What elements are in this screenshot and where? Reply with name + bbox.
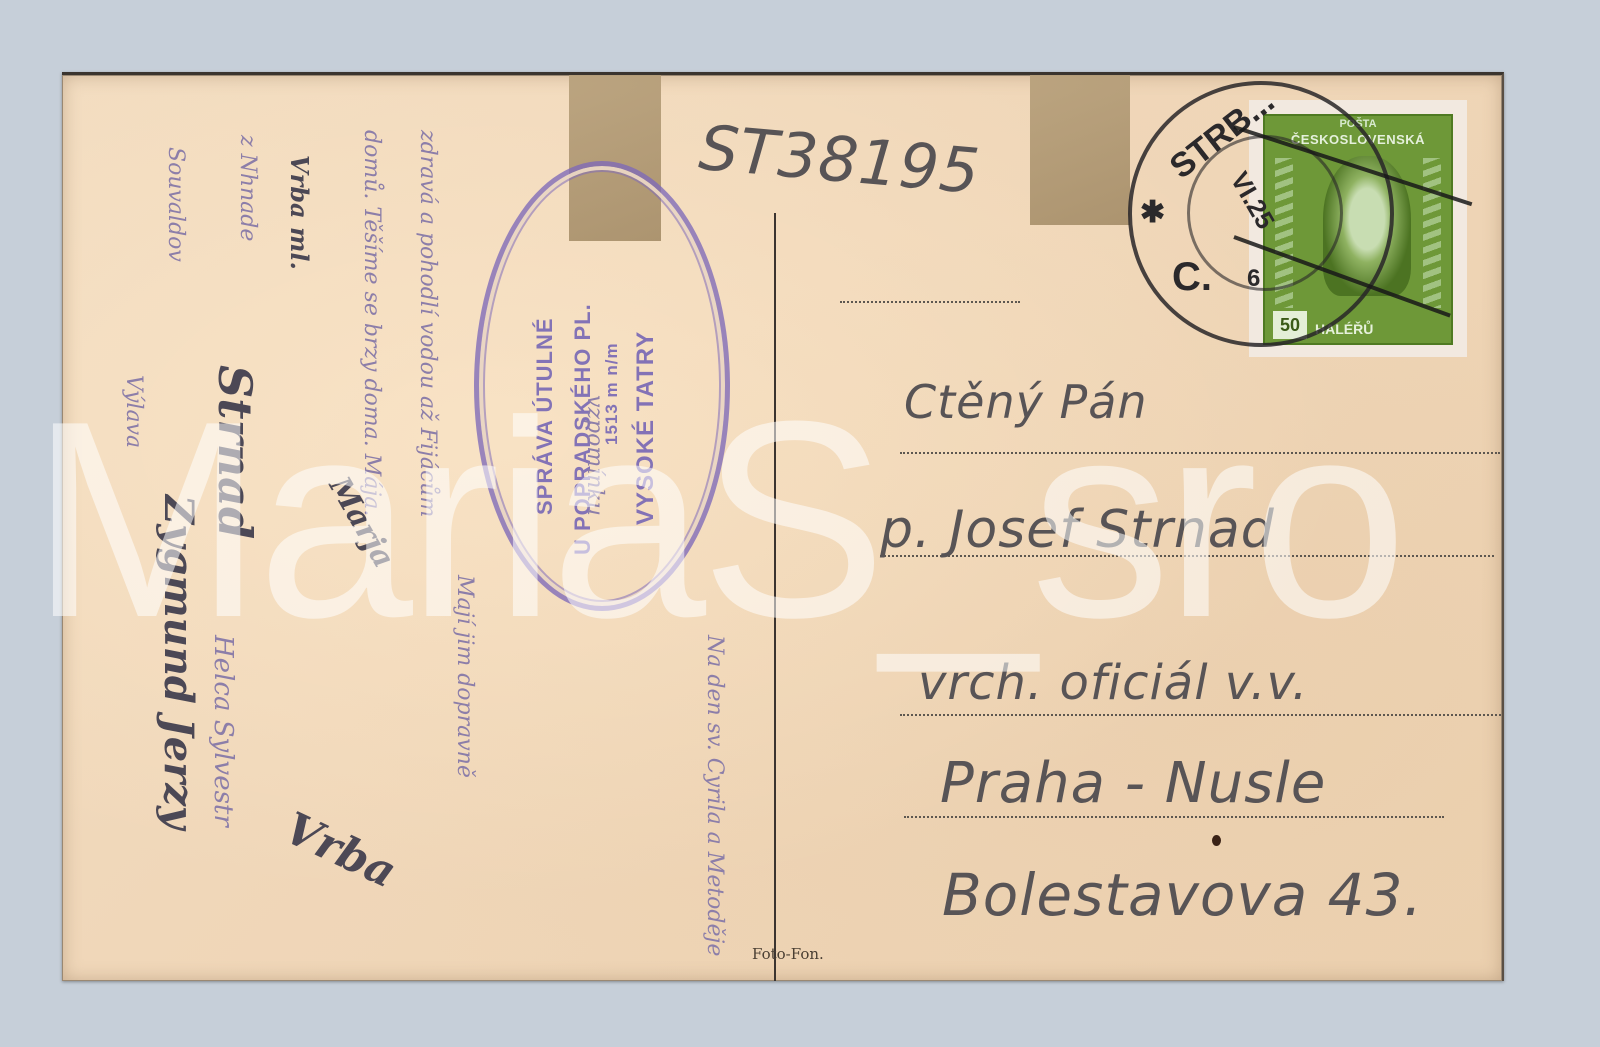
postmark-suffix: C. (1172, 255, 1212, 300)
signature: Strnad (208, 365, 262, 539)
address-line-rule (840, 301, 1020, 303)
signature: Helca Sylvestr (208, 635, 238, 827)
address-line-rule (900, 714, 1504, 716)
address-name: p. Josef Strnad (880, 500, 1275, 560)
printer-credit: Foto-Fon. (752, 945, 824, 963)
signature: Vrba (277, 803, 404, 899)
postmark-circle: STRB... VI.25 6 C. ✱ (1128, 81, 1394, 347)
postcard-back: ST38195 SPRÁVA ÚTULNÉ U POPRADSKÉHO PL. … (62, 72, 1504, 981)
signature: Vrba ml. (285, 155, 314, 270)
message-line: zdravá a pohodlí vodou až Fijácům (415, 130, 440, 517)
laurel-icon (1423, 158, 1441, 308)
message-line: domů. Těšíme se brzy doma. Mája. (359, 130, 384, 516)
address-line-rule (900, 452, 1500, 454)
signature: Souvaldov (163, 147, 188, 262)
address-title: vrch. oficiál v.v. (918, 655, 1308, 711)
message-line: Na den sv. Cyrila a Metoděje (702, 635, 727, 956)
address-salutation: Ctěný Pán (904, 375, 1148, 429)
star-icon: ✱ (1140, 195, 1165, 230)
seal-line-1: SPRÁVA ÚTULNÉ (532, 317, 558, 515)
center-divider-line (774, 213, 776, 981)
pin-hole (1212, 835, 1221, 846)
message-line: Mají jim dopravně (452, 575, 477, 778)
signature: Zygmund Jerzy (155, 495, 202, 829)
postmark-number: 6 (1247, 265, 1260, 293)
signature: z Nhnade (235, 135, 260, 241)
adhesive-tape (1030, 75, 1130, 225)
message-line: vzpomínku (582, 395, 607, 516)
inventory-code: ST38195 (696, 111, 983, 208)
address-city: Praha - Nusle (940, 751, 1326, 816)
signature: Výlava (121, 375, 146, 448)
address-line-rule (904, 816, 1444, 818)
seal-line-4: VYSOKÉ TATRY (632, 331, 660, 525)
address-street: Bolestavova 43. (942, 861, 1423, 929)
